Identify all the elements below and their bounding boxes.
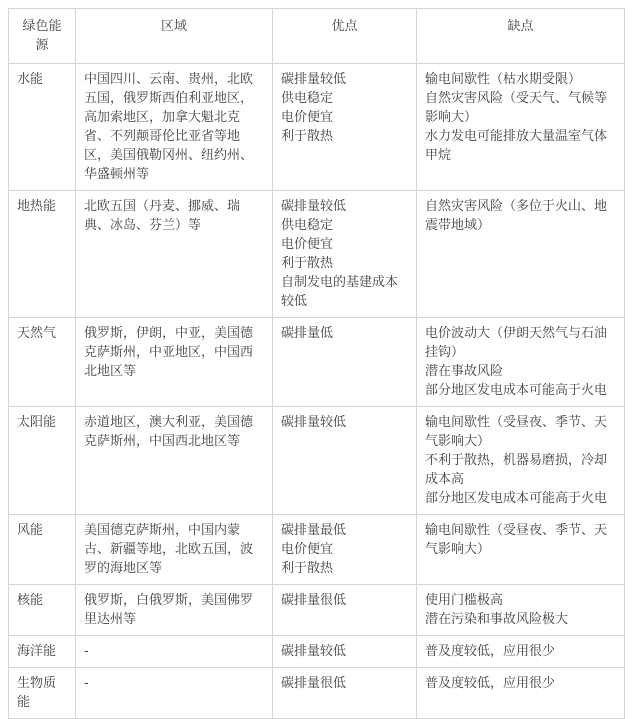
cons-cell: 自然灾害风险（多位于火山、地震带地域） — [417, 191, 625, 318]
table-row-solar: 太阳能 赤道地区，澳大利亚，美国德克萨斯州，中国西北地区等 碳排量较低 输电间歇… — [9, 407, 625, 515]
energy-name-cell: 生物质能 — [9, 668, 76, 719]
energy-name-cell: 风能 — [9, 515, 76, 585]
pros-cell: 碳排量较低供电稳定电价便宜利于散热 — [273, 64, 417, 191]
header-row: 绿色能源 区域 优点 缺点 — [9, 9, 625, 64]
pros-cell: 碳排量很低 — [273, 668, 417, 719]
pros-cell: 碳排量最低电价便宜利于散热 — [273, 515, 417, 585]
cons-cell: 输电间歇性（受昼夜、季节、天气影响大）不利于散热，机器易磨损，冷却成本高部分地区… — [417, 407, 625, 515]
region-cell: 北欧五国（丹麦、挪威、瑞典、冰岛、芬兰）等 — [76, 191, 273, 318]
table-row-nuclear: 核能 俄罗斯，白俄罗斯，美国佛罗里达州等 碳排量很低 使用门槛极高潜在污染和事故… — [9, 585, 625, 636]
column-header-energy: 绿色能源 — [9, 9, 76, 64]
energy-name-cell: 太阳能 — [9, 407, 76, 515]
energy-name-cell: 地热能 — [9, 191, 76, 318]
table-row-biomass: 生物质能 - 碳排量很低 普及度较低，应用很少 — [9, 668, 625, 719]
table-row-natural-gas: 天然气 俄罗斯，伊朗，中亚，美国德克萨斯州，中亚地区，中国西北地区等 碳排量低 … — [9, 318, 625, 407]
column-header-pros: 优点 — [273, 9, 417, 64]
table-row-geothermal: 地热能 北欧五国（丹麦、挪威、瑞典、冰岛、芬兰）等 碳排量较低供电稳定电价便宜利… — [9, 191, 625, 318]
energy-name-cell: 水能 — [9, 64, 76, 191]
table-row-hydro: 水能 中国四川、云南、贵州，北欧五国，俄罗斯西伯利亚地区，高加索地区，加拿大魁北… — [9, 64, 625, 191]
pros-cell: 碳排量低 — [273, 318, 417, 407]
cons-cell: 电价波动大（伊朗天然气与石油挂钩）潜在事故风险部分地区发电成本可能高于火电 — [417, 318, 625, 407]
region-cell: - — [76, 668, 273, 719]
region-cell: - — [76, 636, 273, 668]
region-cell: 赤道地区，澳大利亚，美国德克萨斯州，中国西北地区等 — [76, 407, 273, 515]
region-cell: 俄罗斯，白俄罗斯，美国佛罗里达州等 — [76, 585, 273, 636]
table-row-ocean: 海洋能 - 碳排量较低 普及度较低，应用很少 — [9, 636, 625, 668]
cons-cell: 输电间歇性（枯水期受限）自然灾害风险（受天气、气候等影响大）水力发电可能排放大量… — [417, 64, 625, 191]
pros-cell: 碳排量较低供电稳定电价便宜利于散热自制发电的基建成本较低 — [273, 191, 417, 318]
cons-cell: 普及度较低，应用很少 — [417, 668, 625, 719]
region-cell: 俄罗斯，伊朗，中亚，美国德克萨斯州，中亚地区，中国西北地区等 — [76, 318, 273, 407]
energy-name-cell: 核能 — [9, 585, 76, 636]
region-cell: 美国德克萨斯州，中国内蒙古、新疆等地，北欧五国，波罗的海地区等 — [76, 515, 273, 585]
column-header-cons: 缺点 — [417, 9, 625, 64]
cons-cell: 输电间歇性（受昼夜、季节、天气影响大） — [417, 515, 625, 585]
energy-name-cell: 天然气 — [9, 318, 76, 407]
pros-cell: 碳排量较低 — [273, 407, 417, 515]
pros-cell: 碳排量较低 — [273, 636, 417, 668]
cons-cell: 普及度较低，应用很少 — [417, 636, 625, 668]
region-cell: 中国四川、云南、贵州，北欧五国，俄罗斯西伯利亚地区，高加索地区，加拿大魁北克省、… — [76, 64, 273, 191]
column-header-region: 区域 — [76, 9, 273, 64]
pros-cell: 碳排量很低 — [273, 585, 417, 636]
energy-name-cell: 海洋能 — [9, 636, 76, 668]
table-row-wind: 风能 美国德克萨斯州，中国内蒙古、新疆等地，北欧五国，波罗的海地区等 碳排量最低… — [9, 515, 625, 585]
cons-cell: 使用门槛极高潜在污染和事故风险极大 — [417, 585, 625, 636]
green-energy-table: 绿色能源 区域 优点 缺点 水能 中国四川、云南、贵州，北欧五国，俄罗斯西伯利亚… — [8, 8, 625, 719]
